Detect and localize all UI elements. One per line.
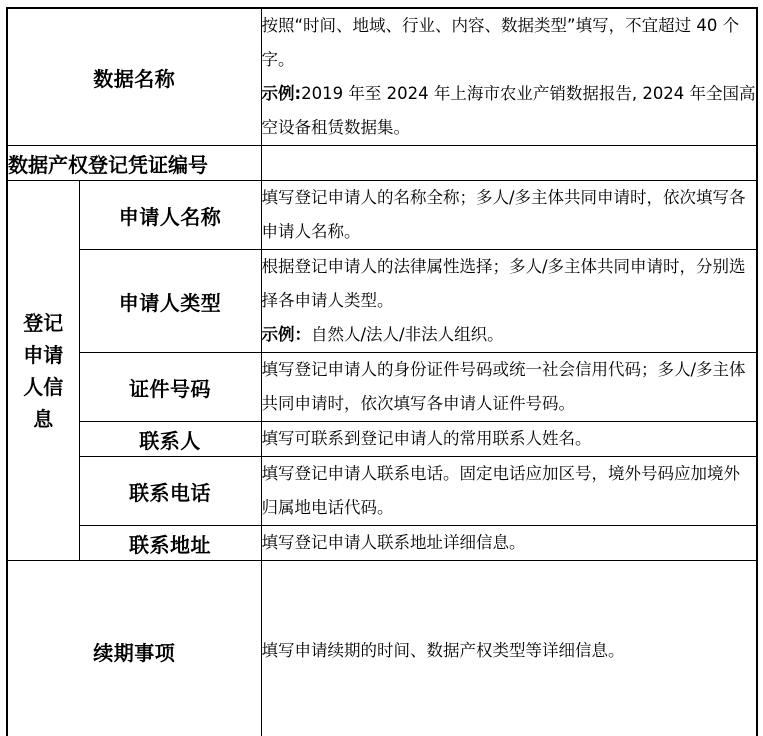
row-contact-person: 联系人 填写可联系到登记申请人的常用联系人姓名。 [7, 422, 757, 457]
applicant-type-label: 申请人类型 [79, 250, 261, 353]
example-text: 2019 年至 2024 年上海市农业产销数据报告, 2024 年全国高空设备租… [262, 84, 756, 137]
applicant-name-desc: 填写登记申请人的名称全称；多人/多主体共同申请时，依次填写各申请人名称。 [261, 181, 757, 250]
data-name-description: 按照“时间、地域、行业、内容、数据类型”填写，不宜超过 40 个字。 示例:20… [261, 8, 757, 146]
contact-phone-label: 联系电话 [79, 457, 261, 526]
contact-address-desc: 填写登记申请人联系地址详细信息。 [261, 526, 757, 561]
id-number-desc: 填写登记申请人的身份证件号码或统一社会信用代码；多人/多主体共同申请时，依次填写… [261, 353, 757, 422]
certificate-no-label: 数据产权登记凭证编号 [7, 146, 261, 181]
contact-person-label: 联系人 [79, 422, 261, 457]
renewal-label: 续期事项 [7, 561, 261, 736]
renewal-desc: 填写申请续期的时间、数据产权类型等详细信息。 [261, 561, 757, 736]
row-contact-address: 联系地址 填写登记申请人联系地址详细信息。 [7, 526, 757, 561]
contact-address-label: 联系地址 [79, 526, 261, 561]
registration-form-table: 数据名称 按照“时间、地域、行业、内容、数据类型”填写，不宜超过 40 个字。 … [6, 7, 758, 736]
data-name-rule: 按照“时间、地域、行业、内容、数据类型”填写，不宜超过 40 个字。 [262, 9, 757, 77]
id-number-label: 证件号码 [79, 353, 261, 422]
applicant-name-label: 申请人名称 [79, 181, 261, 250]
example-text: 自然人/法人/非法人组织。 [311, 325, 504, 344]
row-renewal: 续期事项 填写申请续期的时间、数据产权类型等详细信息。 [7, 561, 757, 736]
data-name-label: 数据名称 [7, 8, 261, 146]
example-label: 示例: [262, 84, 302, 103]
row-applicant-type: 申请人类型 根据登记申请人的法律属性选择；多人/多主体共同申请时，分别选择各申请… [7, 250, 757, 353]
contact-phone-desc: 填写登记申请人联系电话。固定电话应加区号，境外号码应加境外归属地电话代码。 [261, 457, 757, 526]
contact-person-desc: 填写可联系到登记申请人的常用联系人姓名。 [261, 422, 757, 457]
data-name-example: 示例:2019 年至 2024 年上海市农业产销数据报告, 2024 年全国高空… [262, 77, 757, 145]
certificate-no-value[interactable] [261, 146, 757, 181]
applicant-type-desc: 根据登记申请人的法律属性选择；多人/多主体共同申请时，分别选择各申请人类型。 示… [261, 250, 757, 353]
row-applicant-name: 登记申请人信息 申请人名称 填写登记申请人的名称全称；多人/多主体共同申请时，依… [7, 181, 757, 250]
row-certificate-no: 数据产权登记凭证编号 [7, 146, 757, 181]
row-id-number: 证件号码 填写登记申请人的身份证件号码或统一社会信用代码；多人/多主体共同申请时… [7, 353, 757, 422]
example-label: 示例： [262, 325, 312, 344]
applicant-group-label: 登记申请人信息 [7, 181, 79, 561]
row-data-name: 数据名称 按照“时间、地域、行业、内容、数据类型”填写，不宜超过 40 个字。 … [7, 8, 757, 146]
row-contact-phone: 联系电话 填写登记申请人联系电话。固定电话应加区号，境外号码应加境外归属地电话代… [7, 457, 757, 526]
